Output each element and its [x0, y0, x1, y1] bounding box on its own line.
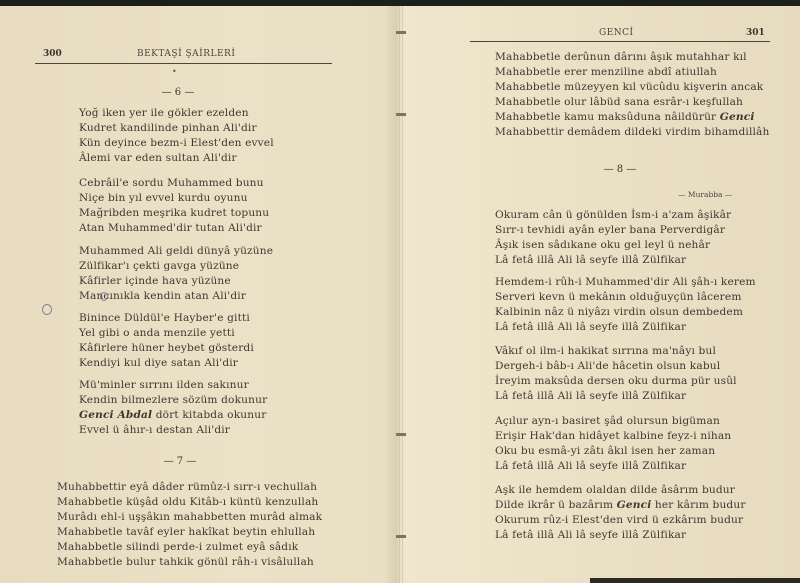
stanza: Mahabbetle derûnun dârını âşık mutahhar …	[495, 50, 770, 140]
verse-line: Mahabbetle tavâf eyler hakîkat beytin eh…	[57, 525, 322, 540]
verse-line: Binince Düldül'e Hayber'e gitti	[79, 311, 254, 326]
pen-mark	[100, 292, 108, 301]
verse-line-signature: Dilde ikrâr ü bazârım Genci her kârım bu…	[495, 498, 746, 513]
verse-line: Mancınıkla kendin atan Ali'dir	[79, 289, 273, 304]
verse-line: Kâfirlere hüner heybet gösterdi	[79, 341, 254, 356]
pen-mark	[42, 304, 52, 315]
verse-line: Lâ fetâ illâ Ali lâ seyfe illâ Zülfikar	[495, 320, 756, 335]
stanza: Muhammed Ali geldi dünyâ yüzüne Zülfikar…	[79, 244, 273, 304]
ornament: •	[172, 67, 177, 76]
verse-line: Mahabbetle müzeyyen kıl vücûdu kişverin …	[495, 80, 770, 95]
poem-form-subtitle: — Murabba —	[678, 190, 732, 199]
verse-line: Yel gibi o anda menzile yetti	[79, 326, 254, 341]
verse-line: Okurum rûz-i Elest'den vird ü ezkârım bu…	[495, 513, 746, 528]
verse-line: Aşk ile hemdem olaldan dilde âsârım budu…	[495, 483, 746, 498]
verse-line: Sırr-ı tevhidi ayân eyler bana Perverdig…	[495, 223, 731, 238]
stanza: Cebrâil'e sordu Muhammed bunu Niçe bin y…	[79, 176, 269, 236]
verse-line: Mü'minler sırrını ilden sakınur	[79, 378, 267, 393]
verse-line: Yoğ iken yer ile gökler ezelden	[79, 106, 274, 121]
verse-line: Lâ fetâ illâ Ali lâ seyfe illâ Zülfikar	[495, 253, 731, 268]
verse-line: Mahabbettir demâdem dildeki virdim biham…	[495, 125, 770, 140]
verse-line: Okuram cân ü gönülden İsm-i a'zam âşikâr	[495, 208, 731, 223]
verse-line: Kendiyi kul diye satan Ali'dir	[79, 356, 254, 371]
verse-line: Evvel ü âhır-ı destan Ali'dir	[79, 423, 267, 438]
verse-line: Mahabbetle bulur tahkik gönül râh-ı visâ…	[57, 555, 322, 570]
verse-line: Lâ fetâ illâ Ali lâ seyfe illâ Zülfikar	[495, 459, 731, 474]
verse-line: Kendin bilmezlere sözüm dokunur	[79, 393, 267, 408]
verse-line: Âşık isen sâdıkane oku gel leyl ü nehâr	[495, 238, 731, 253]
poet-name: Genci Abdal	[79, 409, 152, 421]
verse-line: Mahabbetle küşâd oldu Kitâb-ı küntü kenz…	[57, 495, 322, 510]
verse-line: Kâfirler içinde hava yüzüne	[79, 274, 273, 289]
verse-line: Mahabbetle erer menziline abdî atiullah	[495, 65, 770, 80]
verse-line: Murâdı ehl-i uşşâkın mahabbetten murâd a…	[57, 510, 322, 525]
stanza: Muhabbettir eyâ dâder rümûz-i sırr-ı vec…	[57, 480, 322, 570]
running-head: BEKTAŞİ ŞAİRLERİ	[137, 49, 235, 59]
poet-name: Genci	[720, 111, 755, 123]
poet-name: Genci	[617, 499, 652, 511]
stanza: Mü'minler sırrını ilden sakınur Kendin b…	[79, 378, 267, 438]
stanza: Binince Düldül'e Hayber'e gitti Yel gibi…	[79, 311, 254, 371]
header-rule	[35, 63, 332, 64]
stanza: Aşk ile hemdem olaldan dilde âsârım budu…	[495, 483, 746, 543]
verse-line: Mahabbetle derûnun dârını âşık mutahhar …	[495, 50, 770, 65]
poem-number: — 8 —	[600, 164, 640, 175]
verse-line: Lâ fetâ illâ Ali lâ seyfe illâ Zülfikar	[495, 389, 737, 404]
stanza: Açılur ayn-ı basiret şâd olursun bigüman…	[495, 414, 731, 474]
verse-line: Niçe bin yıl evvel kurdu oyunu	[79, 191, 269, 206]
verse-line: Oku bu esmâ-yi zâtı âkıl isen her zaman	[495, 444, 731, 459]
verse-line: Âlemi var eden sultan Ali'dir	[79, 151, 274, 166]
verse-line: Kudret kandilinde pinhan Ali'dir	[79, 121, 274, 136]
running-head: GENCİ	[599, 28, 634, 38]
poem-number: — 6 —	[158, 87, 198, 98]
stanza: Hemdem-i rûh-i Muhammed'dir Ali şâh-ı ke…	[495, 275, 756, 335]
left-page: 300 BEKTAŞİ ŞAİRLERİ • — 6 — Yoğ iken ye…	[0, 6, 398, 583]
verse-line: Açılur ayn-ı basiret şâd olursun bigüman	[495, 414, 731, 429]
verse-line: Muhammed Ali geldi dünyâ yüzüne	[79, 244, 273, 259]
verse-line: Serveri kevn ü mekânın olduğuyçün lâcere…	[495, 290, 756, 305]
verse-line: Vâkıf ol ilm-i hakikat sırrına ma'nâyı b…	[495, 344, 737, 359]
verse-line: Dergeh-i bâb-ı Ali'de hâcetin olsun kabu…	[495, 359, 737, 374]
stanza: Yoğ iken yer ile gökler ezelden Kudret k…	[79, 106, 274, 166]
verse-line-signature: Genci Abdal dört kitabda okunur	[79, 408, 267, 423]
verse-line: İreyim maksûda dersen oku durma pür usûl	[495, 374, 737, 389]
verse-line: Hemdem-i rûh-i Muhammed'dir Ali şâh-ı ke…	[495, 275, 756, 290]
verse-line: Kalbinin nâz ü niyâzı virdin olsun dembe…	[495, 305, 756, 320]
verse-line: Muhabbettir eyâ dâder rümûz-i sırr-ı vec…	[57, 480, 322, 495]
page-number: 301	[746, 28, 765, 38]
page-number: 300	[43, 49, 62, 59]
verse-line: Kün deyince bezm-i Elest'den evvel	[79, 136, 274, 151]
verse-line: Mahabbetle silindi perde-i zulmet eyâ sâ…	[57, 540, 322, 555]
verse-line: Erişir Hak'dan hidâyet kalbine feyz-i ni…	[495, 429, 731, 444]
verse-line: Mahabbetle olur lâbüd sana esrâr-ı keşfu…	[495, 95, 770, 110]
verse-line-signature: Mahabbetle kamu maksûduna nâildürür Genc…	[495, 110, 770, 125]
verse-line: Mağribden meşrika kudret topunu	[79, 206, 269, 221]
verse-line: Lâ fetâ illâ Ali lâ seyfe illâ Zülfikar	[495, 528, 746, 543]
poem-number: — 7 —	[160, 456, 200, 467]
right-page: GENCİ 301 Mahabbetle derûnun dârını âşık…	[403, 6, 800, 583]
header-rule	[470, 41, 770, 42]
stanza: Okuram cân ü gönülden İsm-i a'zam âşikâr…	[495, 208, 731, 268]
verse-line: Cebrâil'e sordu Muhammed bunu	[79, 176, 269, 191]
stanza: Vâkıf ol ilm-i hakikat sırrına ma'nâyı b…	[495, 344, 737, 404]
verse-line: Zülfikar'ı çekti gavga yüzüne	[79, 259, 273, 274]
verse-line: Atan Muhammed'dir tutan Ali'dir	[79, 221, 269, 236]
